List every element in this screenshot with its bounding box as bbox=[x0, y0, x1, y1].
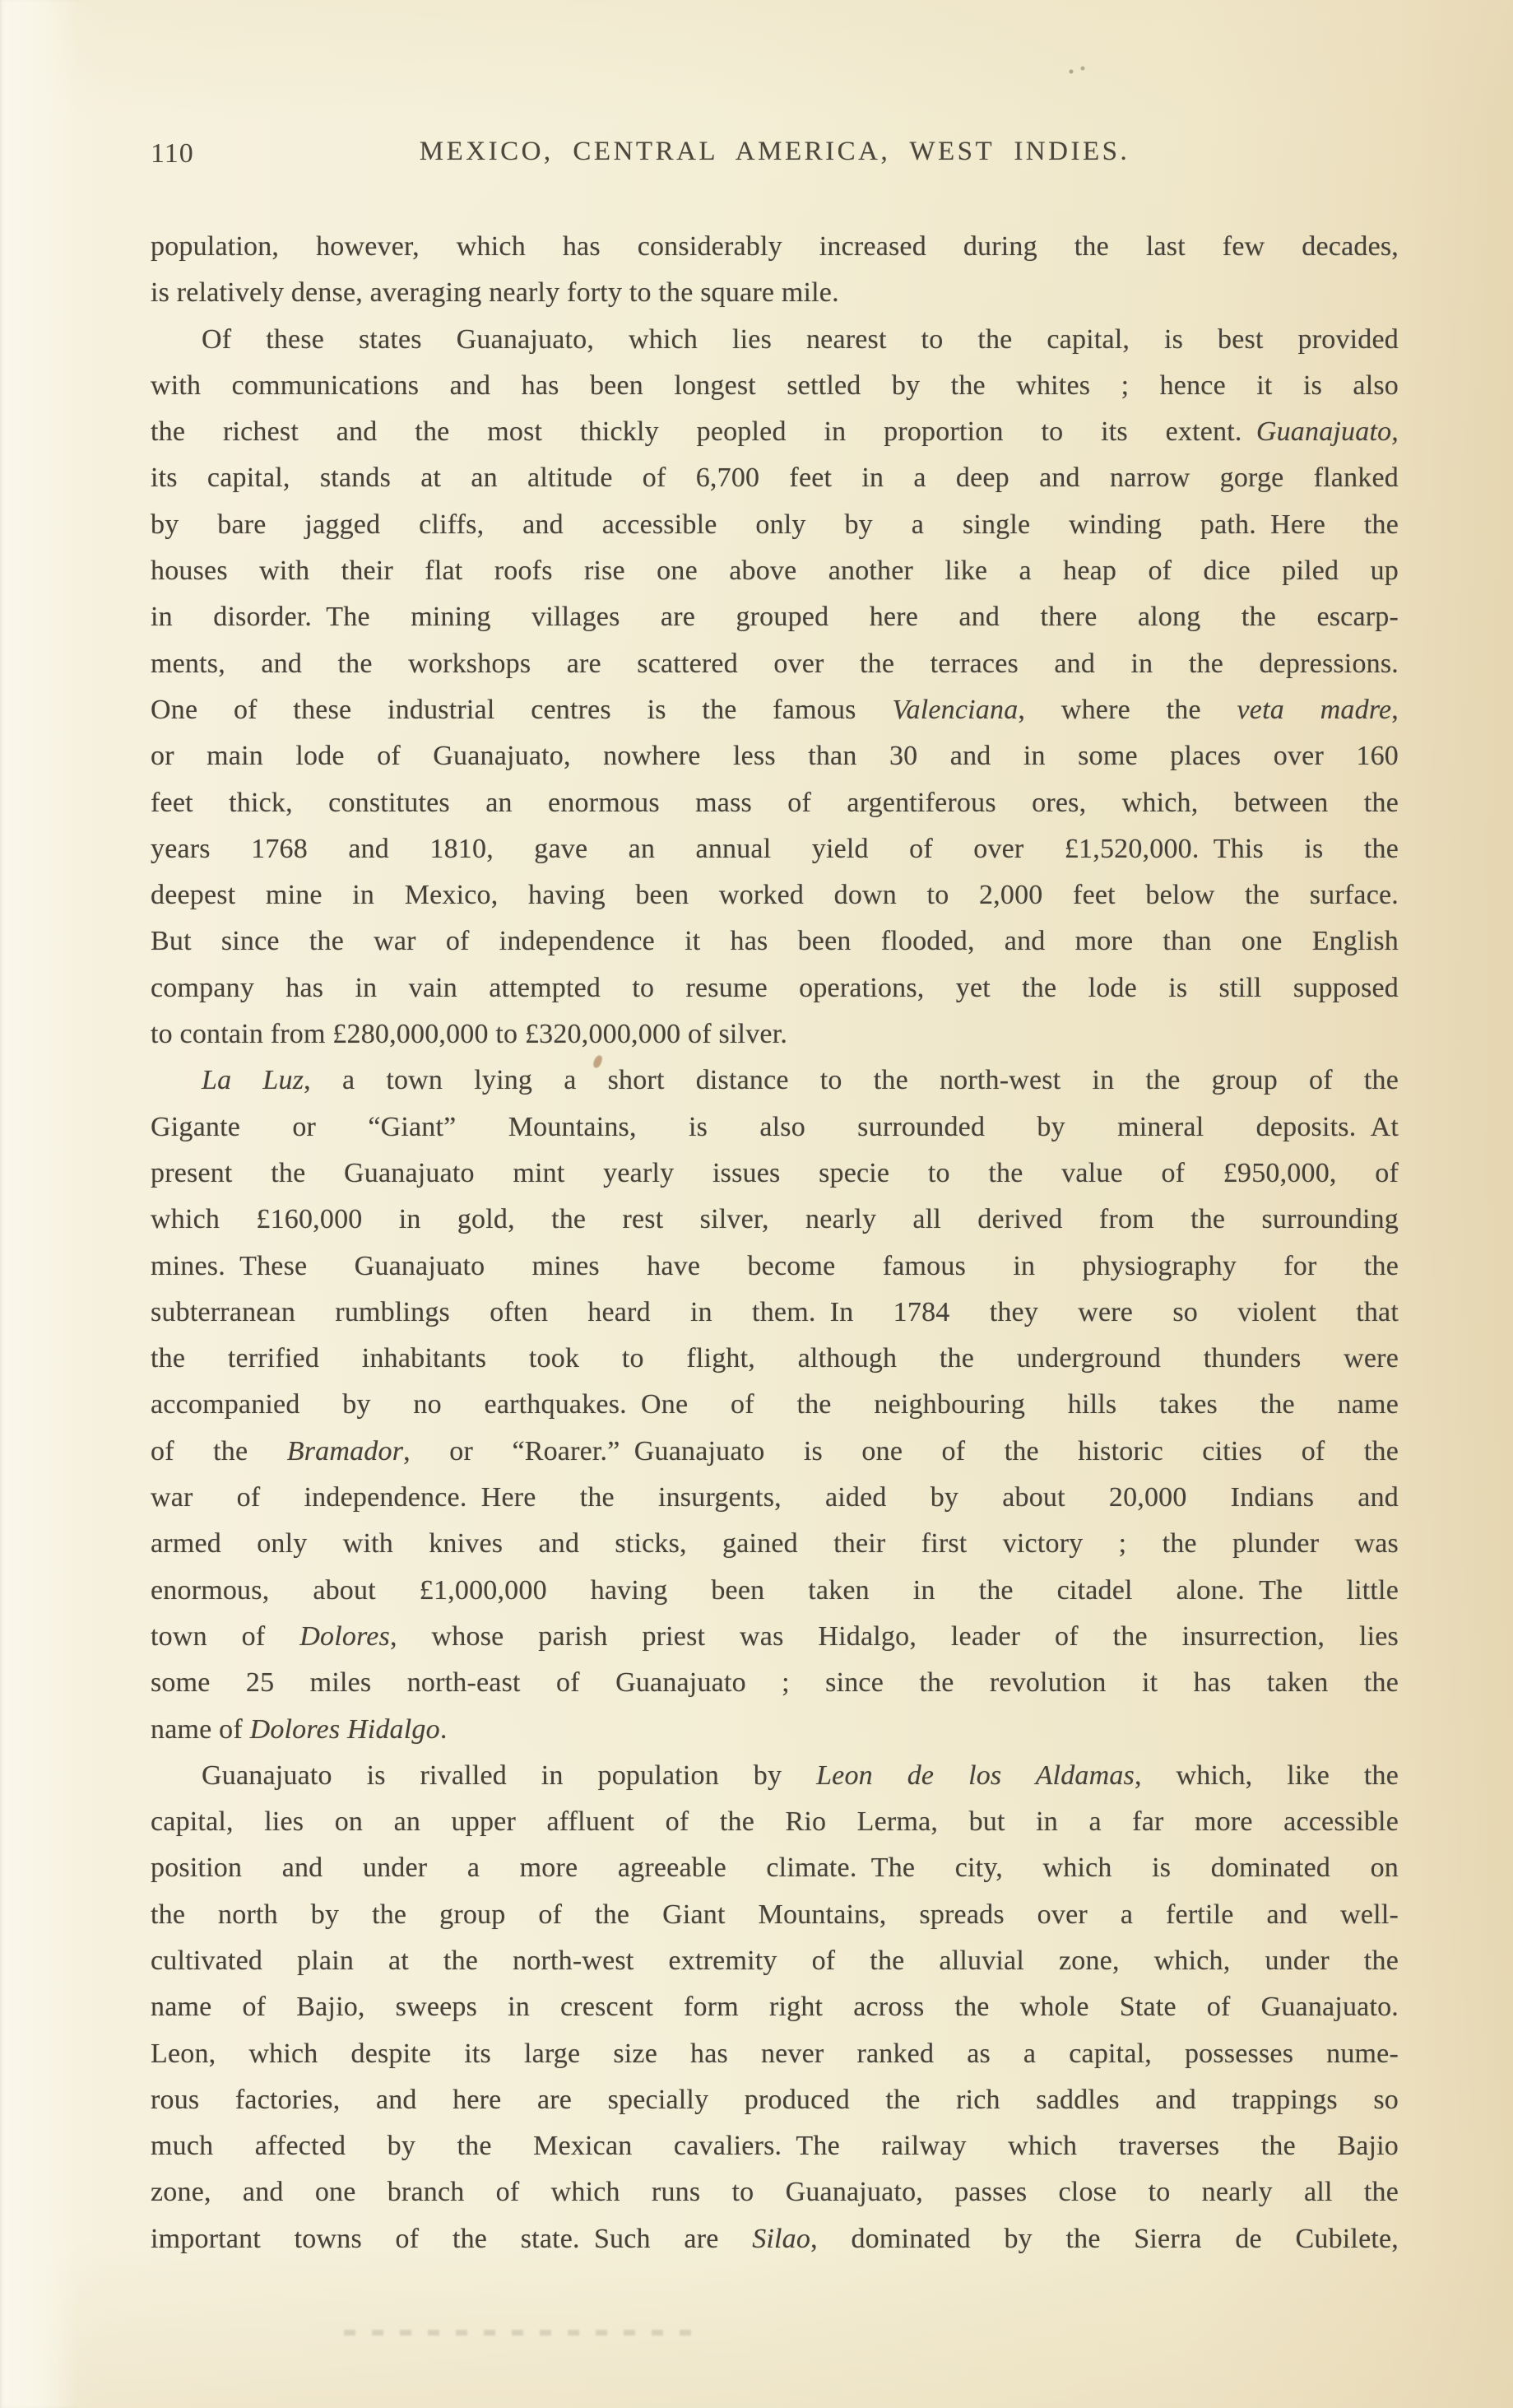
text-line: company has in vain attempted to resume … bbox=[151, 965, 1399, 1011]
scan-smudge bbox=[344, 2330, 698, 2336]
text-line: some 25 miles north-east of Guanajuato ;… bbox=[151, 1660, 1399, 1706]
text-line: the north by the group of the Giant Moun… bbox=[151, 1892, 1399, 1938]
text-line: much affected by the Mexican cavaliers. … bbox=[151, 2123, 1399, 2169]
text-line: the terrified inhabitants took to flight… bbox=[151, 1336, 1399, 1382]
text-line: in disorder. The mining villages are gro… bbox=[151, 594, 1399, 640]
text-line: La Luz, a town lying a short distance to… bbox=[151, 1058, 1399, 1104]
text-line: mines. These Guanajuato mines have becom… bbox=[151, 1244, 1399, 1290]
text-line: is relatively dense, averaging nearly fo… bbox=[151, 270, 1399, 316]
book-page: 110 MEXICO, CENTRAL AMERICA, WEST INDIES… bbox=[0, 0, 1513, 2408]
text-line: name of Bajio, sweeps in crescent form r… bbox=[151, 1984, 1399, 2030]
text-line: present the Guanajuato mint yearly issue… bbox=[151, 1151, 1399, 1197]
body-text: population, however, which has considera… bbox=[151, 224, 1399, 2262]
text-line: by bare jagged cliffs, and accessible on… bbox=[151, 502, 1399, 548]
text-line: One of these industrial centres is the f… bbox=[151, 687, 1399, 733]
text-line: capital, lies on an upper affluent of th… bbox=[151, 1799, 1399, 1845]
text-line: population, however, which has considera… bbox=[151, 224, 1399, 270]
text-line: Guanajuato is rivalled in population by … bbox=[151, 1753, 1399, 1799]
text-line: zone, and one branch of which runs to Gu… bbox=[151, 2169, 1399, 2215]
text-line: ments, and the workshops are scattered o… bbox=[151, 641, 1399, 687]
text-line: armed only with knives and sticks, gaine… bbox=[151, 1521, 1399, 1567]
text-line: name of Dolores Hidalgo. bbox=[151, 1707, 1399, 1753]
scan-speck bbox=[1068, 66, 1089, 74]
text-line: houses with their flat roofs rise one ab… bbox=[151, 548, 1399, 594]
text-line: But since the war of independence it has… bbox=[151, 918, 1399, 965]
text-line: years 1768 and 1810, gave an annual yiel… bbox=[151, 826, 1399, 872]
text-line: its capital, stands at an altitude of 6,… bbox=[151, 455, 1399, 501]
text-line: subterranean rumblings often heard in th… bbox=[151, 1290, 1399, 1336]
text-line: to contain from £280,000,000 to £320,000… bbox=[151, 1011, 1399, 1058]
text-line: of the Bramador, or “Roarer.” Guanajuato… bbox=[151, 1429, 1399, 1475]
text-line: cultivated plain at the north-west extre… bbox=[151, 1938, 1399, 1984]
text-line: which £160,000 in gold, the rest silver,… bbox=[151, 1197, 1399, 1243]
text-line: rous factories, and here are specially p… bbox=[151, 2077, 1399, 2123]
text-line: Of these states Guanajuato, which lies n… bbox=[151, 317, 1399, 363]
text-line: with communications and has been longest… bbox=[151, 363, 1399, 409]
text-line: the richest and the most thickly peopled… bbox=[151, 409, 1399, 455]
text-line: deepest mine in Mexico, having been work… bbox=[151, 872, 1399, 918]
text-line: Leon, which despite its large size has n… bbox=[151, 2031, 1399, 2077]
text-line: enormous, about £1,000,000 having been t… bbox=[151, 1568, 1399, 1614]
page-edge-shading bbox=[0, 0, 78, 2408]
text-line: or main lode of Guanajuato, nowhere less… bbox=[151, 733, 1399, 779]
text-line: position and under a more agreeable clim… bbox=[151, 1845, 1399, 1891]
text-line: accompanied by no earthquakes. One of th… bbox=[151, 1382, 1399, 1428]
page-header: 110 MEXICO, CENTRAL AMERICA, WEST INDIES… bbox=[151, 137, 1399, 176]
running-title: MEXICO, CENTRAL AMERICA, WEST INDIES. bbox=[151, 137, 1399, 167]
text-line: war of independence. Here the insurgents… bbox=[151, 1475, 1399, 1521]
text-line: Gigante or “Giant” Mountains, is also su… bbox=[151, 1104, 1399, 1151]
text-line: important towns of the state. Such are S… bbox=[151, 2216, 1399, 2262]
text-line: town of Dolores, whose parish priest was… bbox=[151, 1614, 1399, 1660]
text-line: feet thick, constitutes an enormous mass… bbox=[151, 780, 1399, 826]
